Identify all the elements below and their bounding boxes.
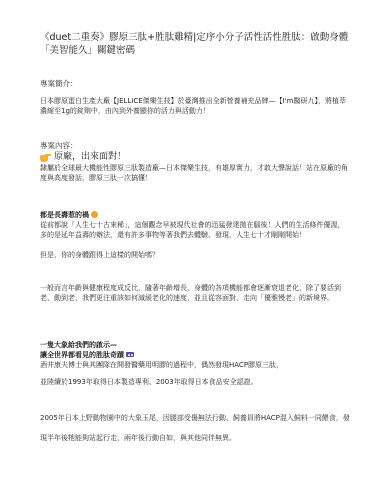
longevity-text: 從前都說「人生七十古來稀」，這個觀念早被現代社會的迅猛發達拋在腦後！人們的生活條… <box>40 220 350 240</box>
elephant-line-2: 讓全世界都看見的胜肽奇蹟 <box>40 351 124 359</box>
pointing-hand-icon <box>40 153 51 162</box>
content-heading: 專案內容： <box>40 141 350 151</box>
elephant-line-4: 並陸續於1993年取得日本製造專利、2003年取得日本食品安全認證。 <box>40 377 350 387</box>
content-text: 隸屬於全球最大機能性膠原三肽製造廠—日本傑樂生技，有雄厚實力，才敢大聲說話！站在… <box>40 163 350 183</box>
elephant-line-2-row: 讓全世界都看見的胜肽奇蹟 <box>40 350 350 360</box>
content-subheading: 原廠，出來面對！ <box>54 151 126 163</box>
intro-section: 專案簡介： 日本膠原蛋白生產大廠【JELLICE傑樂生技】於臺灣推出全新營養補充… <box>40 79 350 116</box>
intro-text: 日本膠原蛋白生產大廠【JELLICE傑樂生技】於臺灣推出全新營養補充品牌—【I'… <box>40 96 350 116</box>
content-subheading-row: 原廠，出來面對！ <box>40 151 350 163</box>
elephant-line-1: 一隻大象給我們的啟示— <box>40 340 350 350</box>
longevity-heading-row: 都是長壽惹的禍 <box>40 210 350 220</box>
content-section: 專案內容： 原廠，出來面對！ 隸屬於全球最大機能性膠原三肽製造廠—日本傑樂生技，… <box>40 141 350 183</box>
elephant-line-3: 酒井康夫博士與其團隊在開發醫藥用明膠的過程中，偶然發現HACP膠原三肽， <box>40 360 350 370</box>
document-title: 《duet二重奏》膠原三肽+胜肽雞精|定序小分子活性活性胜肽：啟動身體「美智能久… <box>40 31 350 57</box>
longevity-heading: 都是長壽惹的禍 <box>40 211 89 219</box>
story-text: 2005年日本上野動物園中的大象玉尾，因腿部受傷無法行動，飼養員將HACP混入飼… <box>40 408 350 448</box>
elephant-section: 一隻大象給我們的啟示— 讓全世界都看見的胜肽奇蹟 酒井康夫博士與其團隊在開發醫藥… <box>40 340 350 387</box>
eyes-icon <box>126 352 134 357</box>
intro-heading: 專案簡介： <box>40 79 350 89</box>
aging-section: 一般而言年齡與健康程度成反比，隨著年齡增長，身體的各項機能都會逐漸衰退老化，除了… <box>40 283 350 303</box>
worried-face-icon <box>91 211 98 218</box>
story-section: 2005年日本上野動物園中的大象玉尾，因腿部受傷無法行動，飼養員將HACP混入飼… <box>40 408 350 448</box>
longevity-section: 都是長壽惹的禍 從前都說「人生七十古來稀」，這個觀念早被現代社會的迅猛發達拋在腦… <box>40 210 350 260</box>
longevity-question: 但是，你的身體跟得上這樣的開始嗎？ <box>40 250 350 260</box>
aging-text: 一般而言年齡與健康程度成反比，隨著年齡增長，身體的各項機能都會逐漸衰退老化，除了… <box>40 283 350 303</box>
